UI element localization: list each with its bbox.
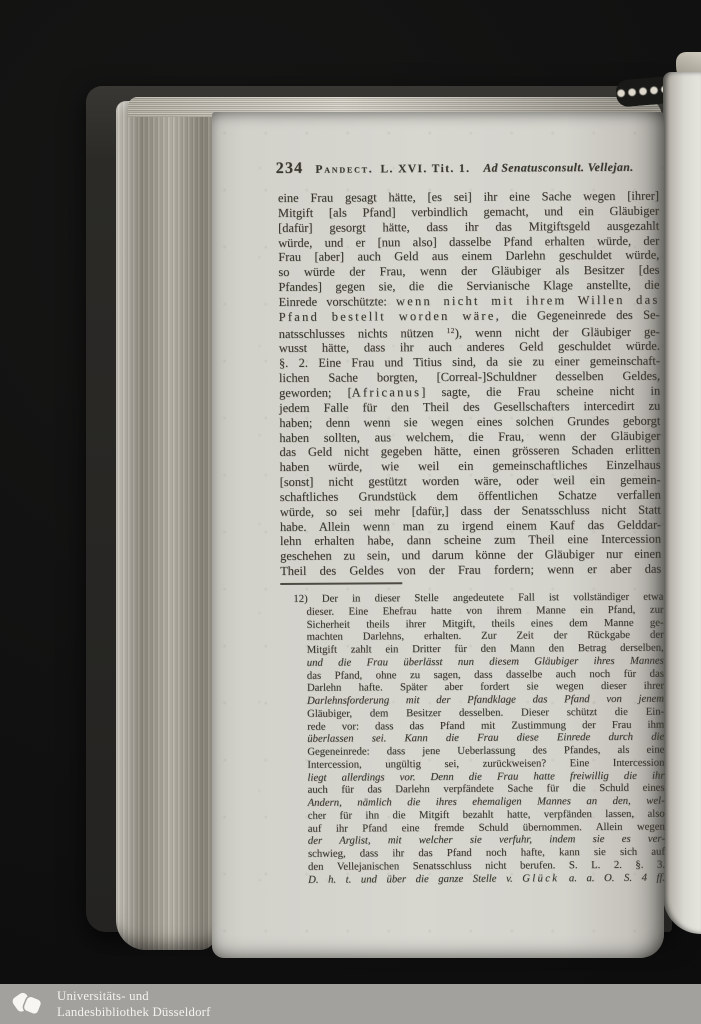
library-name-line1: Universitäts- und — [57, 988, 211, 1004]
text-line: Theil des Geldes von der Frau fordern; w… — [280, 562, 661, 579]
header-book-title: L. XVI. Tit. 1. — [380, 163, 470, 176]
page-number: 234 — [276, 160, 304, 178]
page-header: 234 Pandect. L. XVI. Tit. 1. Ad Senatusc… — [276, 158, 662, 178]
header-work-title: Pandect. — [315, 163, 373, 175]
main-text-block: eine Frau gesagt hätte, [es sei] ihr ein… — [278, 189, 661, 579]
page-content: 234 Pandect. L. XVI. Tit. 1. Ad Senatusc… — [209, 111, 666, 960]
library-name: Universitäts- und Landesbibliothek Düsse… — [57, 988, 211, 1021]
footnote-block: 12) Der in dieser Stelle angedeutete Fal… — [306, 591, 665, 886]
text-line: D. h. t. und über die ganze Stelle v. Gl… — [308, 871, 665, 886]
facing-page-edge — [663, 72, 701, 934]
library-name-line2: Landesbibliothek Düsseldorf — [57, 1004, 211, 1020]
footnote-rule — [280, 582, 402, 585]
header-chapter-title: Ad Senatusconsult. Vellejan. — [483, 160, 633, 176]
page-stack-fore-edge — [116, 101, 216, 950]
scanned-book-photo: 234 Pandect. L. XVI. Tit. 1. Ad Senatusc… — [0, 0, 701, 1024]
library-footer-bar: Universitäts- und Landesbibliothek Düsse… — [0, 984, 701, 1024]
open-book-logo-icon — [8, 987, 46, 1021]
book-page: 234 Pandect. L. XVI. Tit. 1. Ad Senatusc… — [212, 112, 664, 958]
